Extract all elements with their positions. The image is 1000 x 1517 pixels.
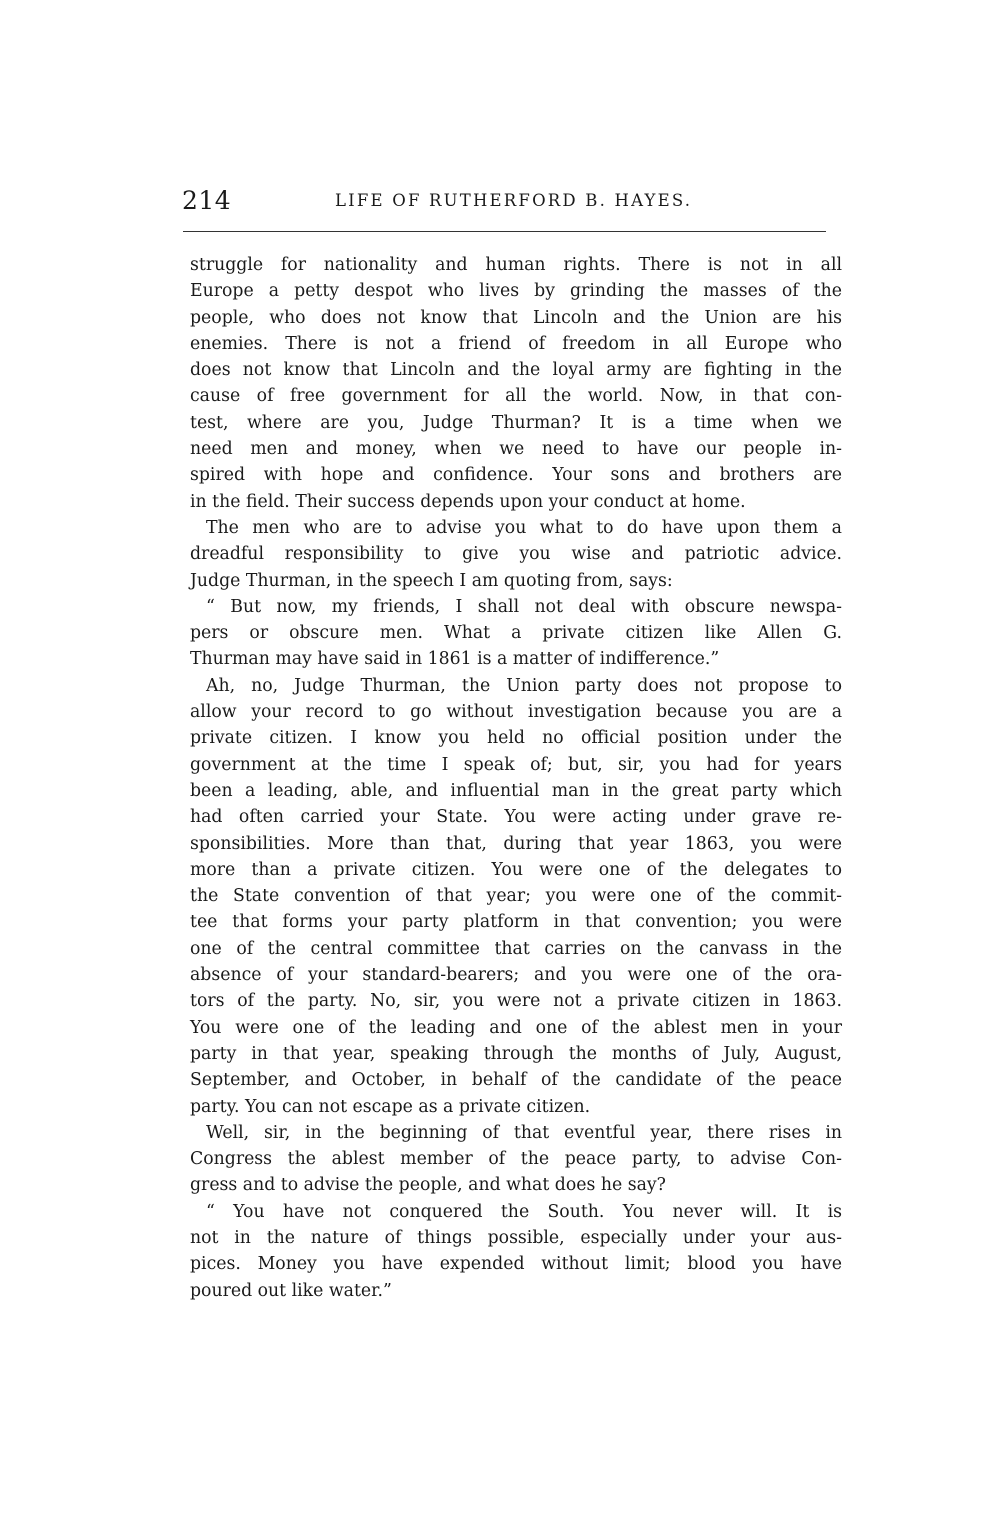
text-line: more than a private citizen. You were on… — [190, 857, 842, 883]
text-line: test, where are you, Judge Thurman? It i… — [190, 410, 842, 436]
text-line: the State convention of that year; you w… — [190, 883, 842, 909]
text-line: poured out like water.” — [190, 1278, 842, 1304]
body-text: struggle for nationality and human right… — [190, 252, 842, 1304]
header-rule — [183, 231, 826, 232]
text-line: Well, sir, in the beginning of that even… — [190, 1120, 842, 1146]
running-head: LIFE OF RUTHERFORD B. HAYES. — [335, 191, 692, 210]
text-line: one of the central committee that carrie… — [190, 936, 842, 962]
text-line: does not know that Lincoln and the loyal… — [190, 357, 842, 383]
text-line: Congress the ablest member of the peace … — [190, 1146, 842, 1172]
text-line: had often carried your State. You were a… — [190, 804, 842, 830]
text-line: Judge Thurman, in the speech I am quotin… — [190, 568, 842, 594]
text-line: sponsibilities. More than that, during t… — [190, 831, 842, 857]
text-line: people, who does not know that Lincoln a… — [190, 305, 842, 331]
text-line: Europe a petty despot who lives by grind… — [190, 278, 842, 304]
text-line: party. You can not escape as a private c… — [190, 1094, 842, 1120]
text-line: cause of free government for all the wor… — [190, 383, 842, 409]
page-number: 214 — [182, 186, 231, 215]
text-line: absence of your standard-bearers; and yo… — [190, 962, 842, 988]
text-line: enemies. There is not a friend of freedo… — [190, 331, 842, 357]
text-line: party in that year, speaking through the… — [190, 1041, 842, 1067]
text-line: spired with hope and confidence. Your so… — [190, 462, 842, 488]
text-line: pices. Money you have expended without l… — [190, 1251, 842, 1277]
text-line: “ You have not conquered the South. You … — [190, 1199, 842, 1225]
text-line: Thurman may have said in 1861 is a matte… — [190, 646, 842, 672]
text-line: gress and to advise the people, and what… — [190, 1172, 842, 1198]
text-line: struggle for nationality and human right… — [190, 252, 842, 278]
text-line: You were one of the leading and one of t… — [190, 1015, 842, 1041]
text-line: allow your record to go without investig… — [190, 699, 842, 725]
text-line: dreadful responsibility to give you wise… — [190, 541, 842, 567]
text-line: in the field. Their success depends upon… — [190, 489, 842, 515]
text-line: government at the time I speak of; but, … — [190, 752, 842, 778]
text-line: need men and money, when we need to have… — [190, 436, 842, 462]
text-line: tors of the party. No, sir, you were not… — [190, 988, 842, 1014]
text-line: “ But now, my friends, I shall not deal … — [190, 594, 842, 620]
text-line: not in the nature of things possible, es… — [190, 1225, 842, 1251]
text-line: Ah, no, Judge Thurman, the Union party d… — [190, 673, 842, 699]
text-line: private citizen. I know you held no offi… — [190, 725, 842, 751]
text-line: tee that forms your party platform in th… — [190, 909, 842, 935]
text-line: The men who are to advise you what to do… — [190, 515, 842, 541]
text-line: September, and October, in behalf of the… — [190, 1067, 842, 1093]
text-line: pers or obscure men. What a private citi… — [190, 620, 842, 646]
text-line: been a leading, able, and influential ma… — [190, 778, 842, 804]
